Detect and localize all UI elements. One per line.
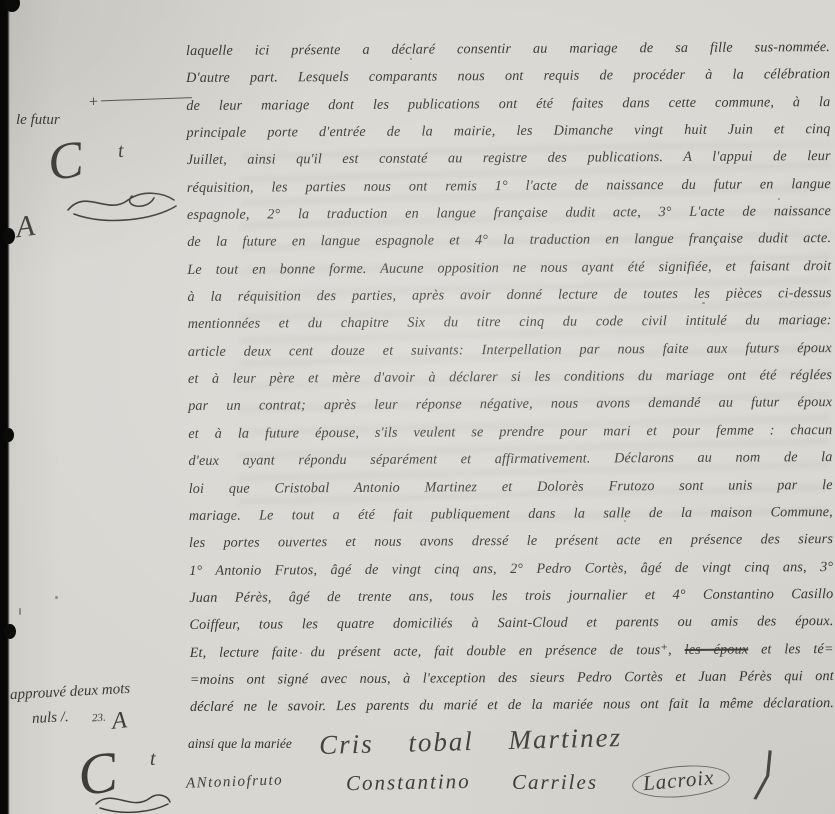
text-line: laquelle ici présente a déclaré consenti… [186,34,830,65]
text-line: de la future en langue espagnole et 4° l… [187,225,831,256]
margin-insert-mark: + [88,90,193,112]
margin-note-approved-line1: approuvé deux mots [10,681,131,704]
struck-words: les époux [685,641,749,657]
text-line: d'eux ayant répondu séparément et affirm… [188,444,832,475]
paper-speck [624,520,626,522]
text-line: loi que Cristobal Antonio Martinez et Do… [189,472,833,503]
closing-prefix: ainsi que la mariée [188,736,292,751]
scan-edge-blob [3,228,15,244]
signature-flourish: ⟩ [752,740,778,809]
paraph-initial-a-bottom: A [111,707,128,735]
text-line: mentionnées et du chapitre Six du titre … [188,307,832,338]
text-line: article deux cent douze et suivants: Int… [188,335,832,366]
closing-line: ainsi que la mariée Cris tobal Martinez [188,724,622,755]
text-line: Juan Pérès, âgé de trente ans, tous les … [189,581,833,612]
paraph-initial-a: A [14,209,37,245]
signature-carriles: Carriles [512,770,598,795]
paper-speck [778,198,780,200]
text-line: Le tout en bonne forme. Aucune oppositio… [187,253,831,284]
text-line: 1° Antonio Frutos, âgé de vingt cinq ans… [189,554,833,585]
text-line: principale porte d'entrée de la mairie, … [186,116,830,147]
plus-mark: + [88,93,99,111]
paper-speck [19,608,21,615]
paper-speck [300,652,302,654]
paraph-scrawl-bottom [92,786,172,814]
text-line: à la réquisition des parties, après avoi… [187,280,831,311]
paper-speck [702,302,705,304]
text-line: déclaré ne le savoir. Les parents du mar… [190,690,834,721]
signature-groom: Cris tobal Martinez [319,722,623,761]
text-line: Juillet, ainsi qu'il est constaté au reg… [187,143,831,174]
scan-left-edge [0,0,10,814]
paraph-initial-t-bottom: t [150,748,156,771]
paper-speck [55,596,58,599]
text-line: Et, lecture faite du présent acte, fait … [190,636,834,667]
text-line: Coiffeur, tous les quatre domiciliés à S… [189,608,833,639]
margin-note-mark: 23. [92,712,106,725]
scan-edge-blob [4,624,16,639]
text-line: de leur mariage dont les publications on… [186,89,830,120]
body-lines: laquelle ici présente a déclaré consenti… [186,34,834,722]
text-line: et à la future épouse, s'ils veulent se … [188,417,832,448]
text-line: =moins ont signé avec nous, à l'exceptio… [190,663,834,694]
text-line: mariage. Le tout a été fait publiquement… [189,499,833,530]
paraph-initial-t: t [117,140,124,163]
scan-edge-blob [4,0,20,12]
signature-lacroix: Lacroix [631,762,731,801]
text-line: et à leur père et mère d'avoir à déclare… [188,362,832,393]
insert-line [101,97,192,101]
text-line: les portes ouvertes et nous avons dressé… [189,526,833,557]
text-line: réquisition, les parties nous ont remis … [187,171,831,202]
signature-constantino: Constantino [346,769,471,796]
scan-edge-blob [3,428,14,442]
paper-speck [410,58,412,60]
text-line: par un contrat; après leur réponse négat… [188,390,832,421]
paraph-scrawl-signature [62,182,182,224]
signature-antonio-frutos: ANtoniofruto [186,772,284,792]
scanned-marriage-record-page: + le futur C t A approuvé deux mots nuls… [0,0,835,814]
text-line: D'autre part. Lesquels comparants nous o… [186,61,830,92]
text-line: espagnole, 2° la traduction en langue fr… [187,198,831,229]
margin-note-approved-line2: nuls /. [32,709,70,728]
margin-note-le-futur: le futur [16,112,60,129]
